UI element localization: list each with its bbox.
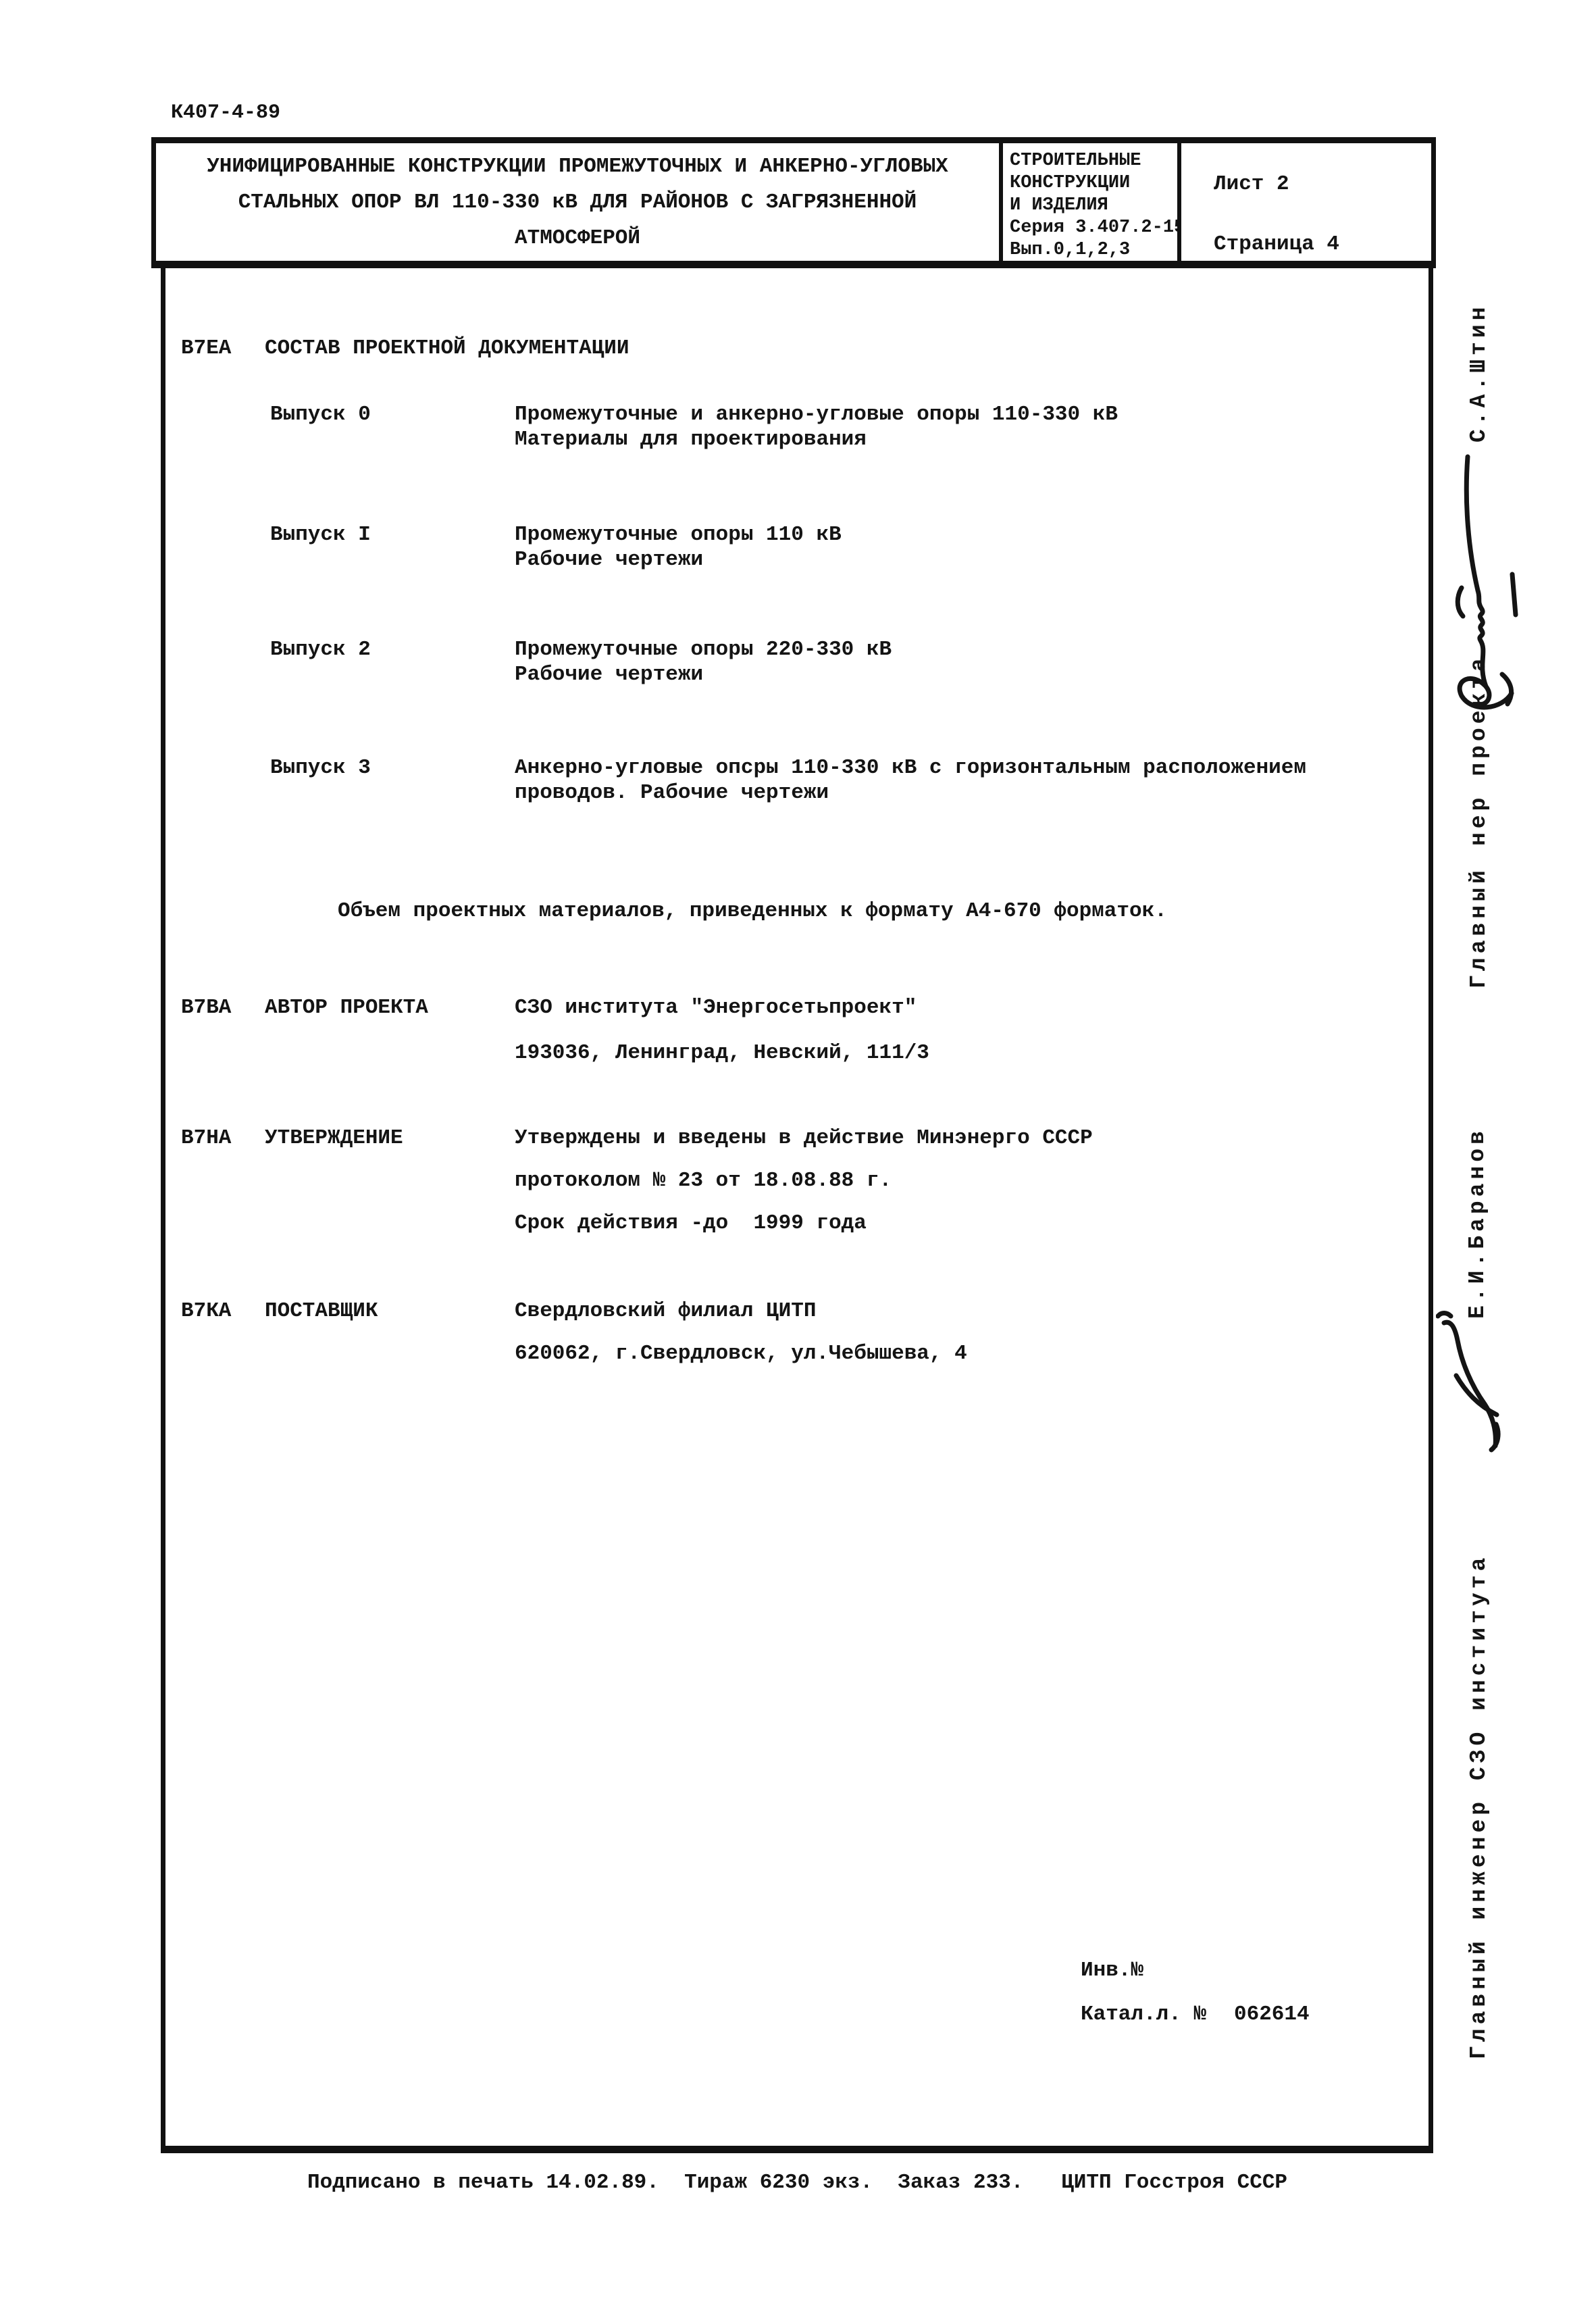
- header-title-line3: АТМОСФЕРОЙ: [515, 220, 640, 256]
- approval-line1: Утверждены и введены в действие Минэнерг…: [515, 1126, 1093, 1151]
- header-title-line1: УНИФИЦИРОВАННЫЕ КОНСТРУКЦИИ ПРОМЕЖУТОЧНЫ…: [207, 149, 948, 184]
- scanned-document-page: К407-4-89 УНИФИЦИРОВАННЫЕ КОНСТРУКЦИИ ПР…: [0, 0, 1596, 2314]
- composition-section-title: СОСТАВ ПРОЕКТНОЙ ДОКУМЕНТАЦИИ: [265, 336, 629, 361]
- catalog-sheet-label: Катал.л. №: [1081, 2002, 1206, 2027]
- release-0-desc-line1: Промежуточные и анкерно-угловые опоры 11…: [515, 402, 1118, 427]
- page-number: Страница 4: [1214, 232, 1431, 257]
- institute-engineer-role-vertical: Главный инженер СЗО института: [1467, 1554, 1491, 2059]
- author-line1: СЗО института "Энергосетьпроект": [515, 995, 917, 1020]
- baranov-signature-icon: [1436, 1304, 1501, 1454]
- supplier-line2: 620062, г.Свердловск, ул.Чебышева, 4: [515, 1341, 967, 1366]
- supplier-line1: Свердловский филиал ЦИТП: [515, 1299, 816, 1324]
- approval-section-code: В7НА: [181, 1126, 231, 1151]
- classification-line3: И ИЗДЕЛИЯ: [1010, 195, 1177, 217]
- release-1-desc-line2: Рабочие чертежи: [515, 547, 703, 572]
- header-classification-cell: СТРОИТЕЛЬНЫЕ КОНСТРУКЦИИ И ИЗДЕЛИЯ Серия…: [999, 143, 1181, 261]
- author-section-code: В7ВА: [181, 995, 231, 1020]
- sheet-number: Лист 2: [1214, 172, 1431, 197]
- approval-line2: протоколом № 23 от 18.08.88 г.: [515, 1168, 892, 1193]
- project-engineer-role-part1-vertical: Главный: [1467, 866, 1491, 988]
- project-engineer-role-part2-vertical: нер проекта: [1467, 654, 1491, 846]
- release-3-desc-line1: Анкерно-угловые опсры 110-330 кВ с гориз…: [515, 755, 1306, 780]
- sheet-cell-spacer: [1214, 197, 1431, 232]
- release-2-label: Выпуск 2: [270, 637, 371, 662]
- release-0-label: Выпуск 0: [270, 402, 371, 427]
- author-section-title: АВТОР ПРОЕКТА: [265, 995, 428, 1020]
- header-title-line2: СТАЛЬНЫХ ОПОР ВЛ 110-330 кВ ДЛЯ РАЙОНОВ …: [238, 184, 917, 220]
- classification-line2: КОНСТРУКЦИИ: [1010, 172, 1177, 195]
- header-table: УНИФИЦИРОВАННЫЕ КОНСТРУКЦИИ ПРОМЕЖУТОЧНЫ…: [151, 137, 1436, 268]
- project-engineer-name-vertical: С.А.Штин: [1467, 303, 1491, 443]
- header-title-cell: УНИФИЦИРОВАННЫЕ КОНСТРУКЦИИ ПРОМЕЖУТОЧНЫ…: [156, 143, 999, 261]
- supplier-section-title: ПОСТАВЩИК: [265, 1299, 378, 1324]
- approval-section-title: УТВЕРЖДЕНИЕ: [265, 1126, 403, 1151]
- composition-section-code: В7ЕА: [181, 336, 231, 361]
- catalog-sheet-number: 062614: [1234, 2002, 1310, 2027]
- author-line2: 193036, Ленинград, Невский, 111/3: [515, 1040, 929, 1065]
- release-3-label: Выпуск 3: [270, 755, 371, 780]
- classification-line1: СТРОИТЕЛЬНЫЕ: [1010, 150, 1177, 172]
- release-2-desc-line2: Рабочие чертежи: [515, 662, 703, 687]
- approval-line3: Срок действия -до 1999 года: [515, 1211, 867, 1236]
- approver-name-vertical: Е.И.Баранов: [1466, 1127, 1490, 1319]
- supplier-section-code: В7КА: [181, 1299, 231, 1324]
- issues-list: Вып.0,1,2,3: [1010, 239, 1177, 261]
- document-code: К407-4-89: [171, 101, 280, 124]
- release-1-desc-line1: Промежуточные опоры 110 кВ: [515, 522, 842, 547]
- volume-note: Объем проектных материалов, приведенных …: [338, 899, 1167, 924]
- inventory-number-label: Инв.№: [1081, 1958, 1143, 1983]
- release-3-desc-line2: проводов. Рабочие чертежи: [515, 780, 829, 805]
- release-1-label: Выпуск I: [270, 522, 371, 547]
- series-number: Серия 3.407.2-156: [1010, 217, 1177, 239]
- header-sheet-cell: Лист 2 Страница 4: [1181, 143, 1431, 261]
- imprint-line: Подписано в печать 14.02.89. Тираж 6230 …: [307, 2170, 1287, 2195]
- release-2-desc-line1: Промежуточные опоры 220-330 кВ: [515, 637, 892, 662]
- release-0-desc-line2: Материалы для проектирования: [515, 427, 867, 452]
